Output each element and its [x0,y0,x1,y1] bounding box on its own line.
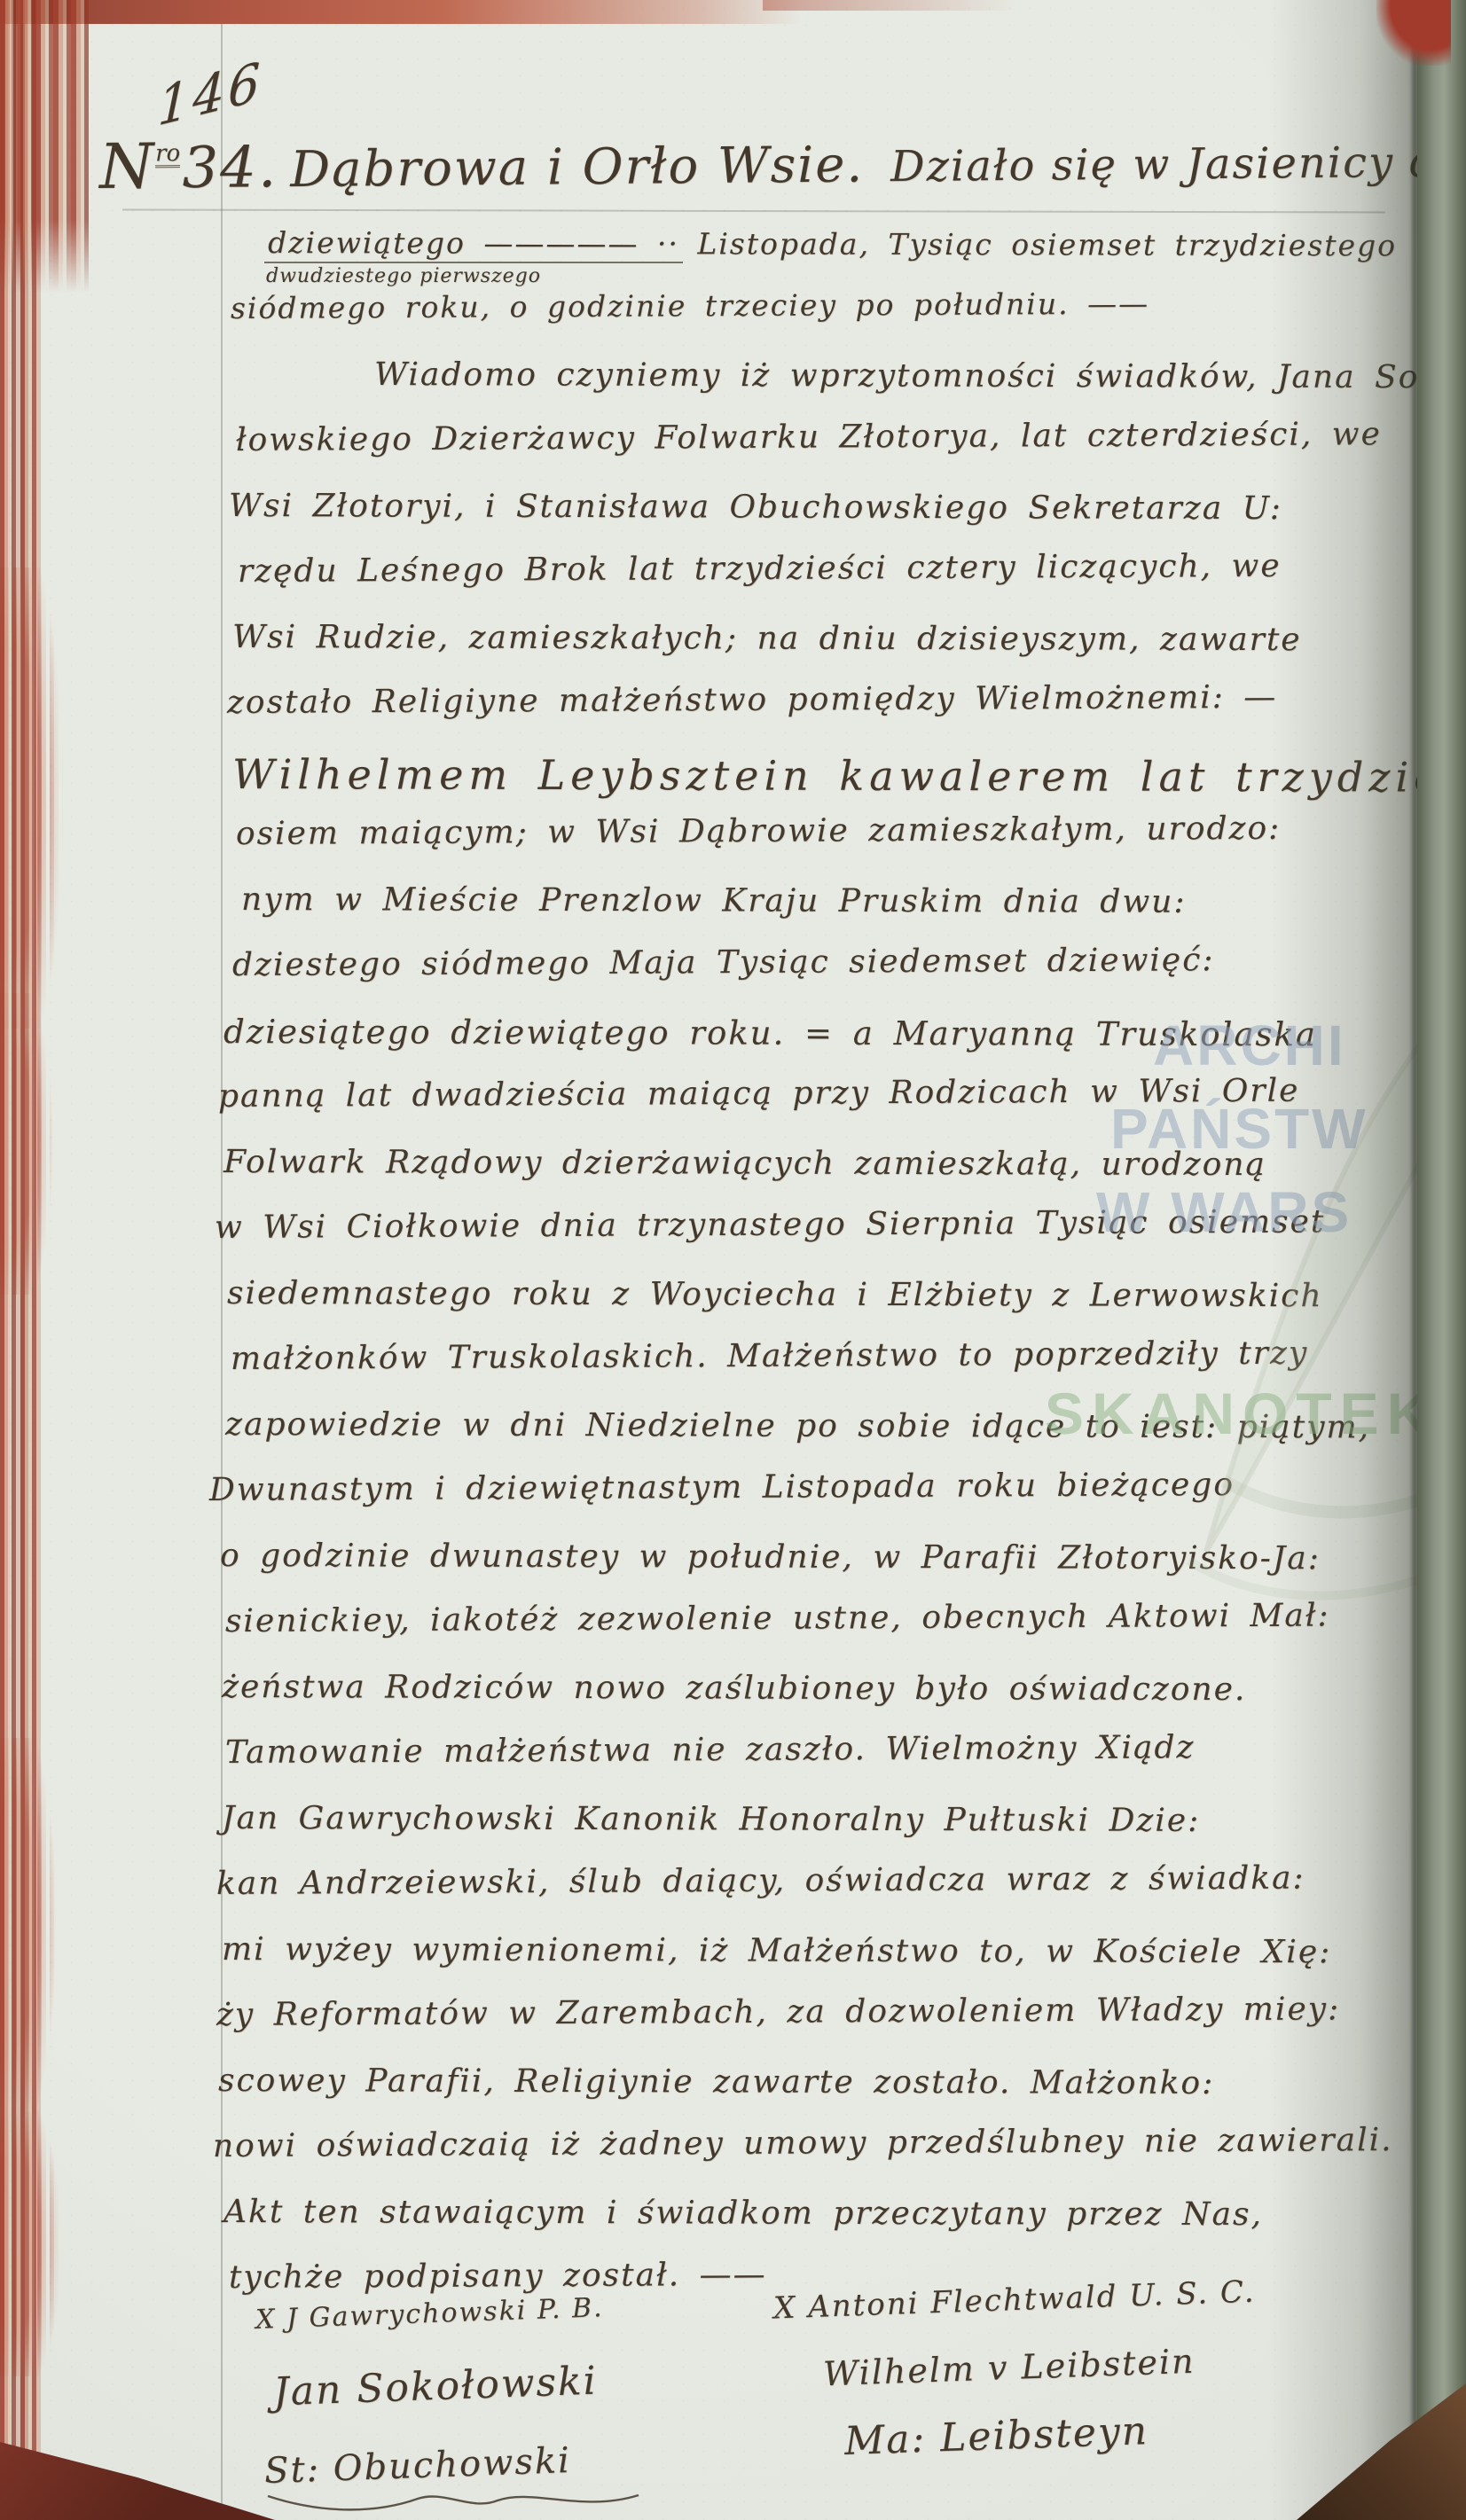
manuscript-line: dziesiątego dziewiątego roku. = a Maryan… [223,1013,1317,1053]
manuscript-line: scowey Parafii, Religiynie zawarte zosta… [218,2062,1214,2101]
red-top-edge [0,0,803,24]
record-number-prefix: N [99,129,154,203]
manuscript-line: mi wyżey wymienionemi, iż Małżeństwo to,… [222,1931,1331,1970]
heading-places: Dąbrowa i Orło Wsie. [290,136,864,199]
manuscript-line: Wsi Rudzie, zamieszkałych; na dniu dzisi… [232,619,1302,658]
manuscript-line: dziewiątego ————— ·· Listopada, Tysiąc o… [268,225,1397,262]
manuscript-line: Jan Gawrychowski Kanonik Honoralny Pułtu… [222,1800,1200,1839]
record-number-superscript: ro [155,142,180,168]
page-number: 146 [157,50,265,138]
header-rule-line [122,209,1385,214]
signature-flourish [263,2488,644,2515]
manuscript-line: zapowiedzie w dni Niedzielne po sobie id… [225,1406,1370,1445]
manuscript-line: siedemnastego roku z Woyciecha i Elżbiet… [227,1275,1323,1314]
manuscript-line: rzędu Leśnego Brok lat trzydzieści czter… [238,548,1282,590]
manuscript-line: o godzinie dwunastey w południe, w Paraf… [220,1538,1321,1577]
correction-underline [264,262,683,263]
dark-corner-bottom-left [0,2431,275,2520]
manuscript-line: tychże podpisany został. —— [229,2257,767,2296]
red-fore-edge-streak [0,993,53,1295]
manuscript-line: żeństwa Rodziców nowo zaślubioney było o… [222,1669,1246,1708]
manuscript-line: małżonków Truskolaskich. Małżeństwo to p… [231,1335,1309,1377]
red-fore-edge-streak [0,567,64,1029]
manuscript-line: kan Andrzeiewski, ślub daiący, oświadcza… [216,1860,1305,1902]
signature: Ma: Leibsteyn [843,2408,1149,2464]
manuscript-line: siódmego roku, o godzinie trzeciey po po… [231,286,1149,325]
manuscript-line: sienickiey, iakotéż zezwolenie ustne, ob… [225,1597,1330,1640]
manuscript-line: nowi oświadczaią iż żadney umowy przedśl… [213,2122,1393,2164]
signature: Wilhelm v Leibstein [822,2342,1196,2394]
manuscript-line: Tamowanie małżeństwa nie zaszło. Wielmoż… [225,1729,1196,1771]
manuscript-line: łowskiego Dzierżawcy Folwarku Złotorya, … [236,416,1382,458]
correction-note: dwudziestego pierwszego [266,265,541,287]
scanned-register-page: 146 N ro 34. Dąbrowa i Orło Wsie. Działo… [0,0,1466,2520]
signature: X J Gawrychowski P. B. [255,2292,605,2336]
manuscript-line: Dwunastym i dziewiętnastym Listopada rok… [209,1467,1235,1508]
red-fore-edge-streak [0,1738,57,2110]
manuscript-line: Wsi Złotoryi, i Stanisława Obuchowskiego… [229,488,1282,527]
manuscript-line: w Wsi Ciołkowie dnia trzynastego Sierpni… [215,1203,1326,1246]
record-heading: N ro 34. Dąbrowa i Orło Wsie. Działo się… [99,118,1466,203]
signature: Jan Sokołowski [272,2359,598,2415]
manuscript-line: dziestego siódmego Maja Tysiąc siedemset… [232,942,1215,983]
red-fore-edge-top [0,0,89,293]
manuscript-line: Folwark Rządowy dzierżawiących zamieszka… [223,1144,1266,1183]
red-fore-edge-streak [0,2110,62,2376]
signature: St: Obuchowski [263,2440,571,2492]
page-gutter [1417,0,1466,2520]
manuscript-line: osiem maiącym; w Wsi Dąbrowie zamieszkał… [236,810,1282,852]
manuscript-line: panną lat dwadzieścia maiącą przy Rodzic… [218,1073,1300,1115]
signature: X Antoni Flechtwald U. S. C. [772,2274,1256,2327]
manuscript-line: ży Reformatów w Zarembach, za dozwolenie… [216,1991,1340,2033]
page-curve-shadow [1268,0,1419,2520]
red-corner-top-right [1376,0,1451,66]
manuscript-line: Akt ten stawaiącym i świadkom przeczytan… [223,2194,1263,2233]
manuscript-line: nym w Mieście Prenzlow Kraju Pruskim dni… [241,881,1187,920]
red-top-edge-faint [763,0,1020,11]
manuscript-line: zostało Religiyne małżeństwo pomiędzy Wi… [227,679,1278,721]
record-number-value: 34. [182,135,278,201]
